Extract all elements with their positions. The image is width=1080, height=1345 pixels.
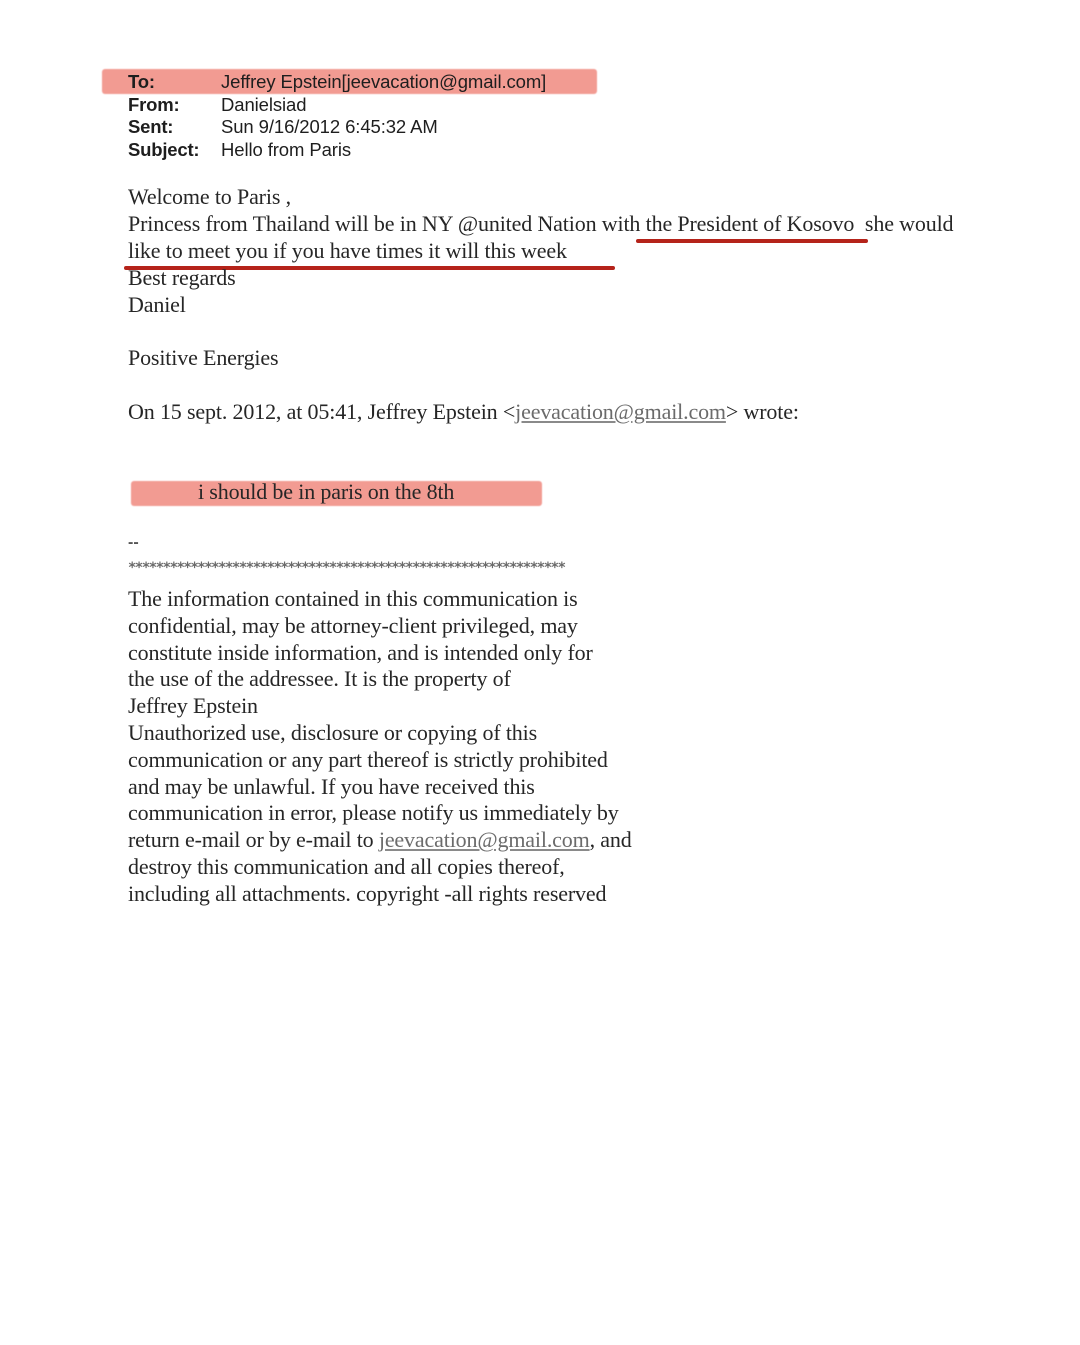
- disclaimer-email-link[interactable]: jeevacation@gmail.com: [379, 827, 590, 852]
- red-underline-kosovo: [636, 239, 869, 243]
- subject-label: Subject:: [128, 139, 221, 162]
- disclaimer-line: and may be unlawful. If you have receive…: [128, 774, 632, 801]
- body-line-1-part1: Princess from Thailand will be in NY @un…: [128, 211, 646, 236]
- header-subject-row: Subject: Hello from Paris: [128, 139, 546, 162]
- disclaimer-email-line: return e-mail or by e-mail to jeevacatio…: [128, 827, 632, 854]
- to-label: To:: [128, 71, 221, 94]
- disclaimer-line: confidential, may be attorney-client pri…: [128, 613, 632, 640]
- quote-attribution: On 15 sept. 2012, at 05:41, Jeffrey Epst…: [128, 399, 799, 425]
- header-sent-row: Sent: Sun 9/16/2012 6:45:32 AM: [128, 116, 546, 139]
- sent-value: Sun 9/16/2012 6:45:32 AM: [221, 116, 438, 139]
- underlined-phrase-kosovo: the President of Kosovo: [646, 211, 855, 236]
- greeting-line: Welcome to Paris ,: [128, 184, 291, 210]
- disclaimer-line: destroy this communication and all copie…: [128, 854, 632, 881]
- closing-line: Best regards: [128, 265, 236, 291]
- disclaimer-line: the use of the addressee. It is the prop…: [128, 666, 632, 693]
- attribution-suffix: > wrote:: [726, 399, 799, 424]
- confidentiality-disclaimer: The information contained in this commun…: [128, 586, 632, 908]
- tagline: Positive Energies: [128, 345, 278, 371]
- attribution-email-link[interactable]: jeevacation@gmail.com: [515, 399, 726, 424]
- sent-label: Sent:: [128, 116, 221, 139]
- subject-value: Hello from Paris: [221, 139, 351, 162]
- quoted-message: i should be in paris on the 8th: [198, 479, 454, 505]
- disclaimer-line: Unauthorized use, disclosure or copying …: [128, 720, 632, 747]
- email-header: To: Jeffrey Epstein[jeevacation@gmail.co…: [128, 71, 546, 161]
- email-printout-page: To: Jeffrey Epstein[jeevacation@gmail.co…: [0, 0, 1080, 1345]
- disclaimer-line: including all attachments. copyright -al…: [128, 881, 632, 908]
- disclaimer-line: The information contained in this commun…: [128, 586, 632, 613]
- to-value: Jeffrey Epstein[jeevacation@gmail.com]: [221, 71, 546, 94]
- disclaimer-line: constitute inside information, and is in…: [128, 640, 632, 667]
- asterisk-divider: ****************************************…: [128, 559, 565, 577]
- from-value: Danielsiad: [221, 94, 306, 117]
- disclaimer-line: communication in error, please notify us…: [128, 800, 632, 827]
- body-line-1-part2: she would: [854, 211, 953, 236]
- body-line-2: like to meet you if you have times it wi…: [128, 238, 567, 264]
- header-from-row: From: Danielsiad: [128, 94, 546, 117]
- disclaimer-email-suffix: , and: [590, 827, 632, 852]
- disclaimer-line: Jeffrey Epstein: [128, 693, 632, 720]
- from-label: From:: [128, 94, 221, 117]
- signature-separator: --: [128, 534, 139, 552]
- body-line-1: Princess from Thailand will be in NY @un…: [128, 211, 953, 237]
- disclaimer-email-prefix: return e-mail or by e-mail to: [128, 827, 379, 852]
- disclaimer-line: communication or any part thereof is str…: [128, 747, 632, 774]
- header-to-row: To: Jeffrey Epstein[jeevacation@gmail.co…: [128, 71, 546, 94]
- signature-name: Daniel: [128, 292, 186, 318]
- attribution-prefix: On 15 sept. 2012, at 05:41, Jeffrey Epst…: [128, 399, 515, 424]
